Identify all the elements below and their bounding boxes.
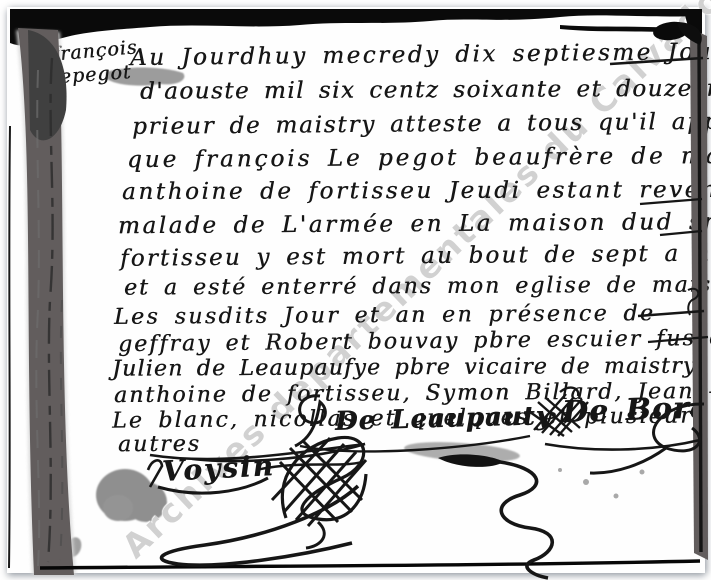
manuscript-line-2: d'aouste mil six centz soixante et douze… — [140, 75, 711, 104]
signature-de-leaupauty: De Leaupauty — [335, 401, 552, 437]
scanned-manuscript-page: Archives departementales du Calvados fra… — [0, 0, 711, 580]
manuscript-line-8: et a esté enterré dans mon eglise de mai… — [124, 272, 711, 300]
manuscript-line-3: prieur de maistry atteste a tous qu'il a… — [132, 108, 711, 140]
manuscript-line-5: anthoine de fortisseu Jeudi estant reven… — [122, 177, 711, 205]
manuscript-line-7: fortisseu y est mort au bout de sept a h… — [120, 240, 711, 272]
manuscript-line-11: Julien de Leaupaufye pbre vicaire de mai… — [112, 353, 711, 381]
manuscript-line-9: Les susdits Jour et an en présence de — [114, 301, 655, 330]
manuscript-line-4: que françois Le pegot beaufrère de marc — [127, 143, 711, 173]
signature-voysin: Voysin — [161, 449, 275, 488]
manuscript-line-6: malade de L'armée en La maison dud sr. d… — [118, 209, 711, 240]
signature-de-borant: De Borant — [561, 389, 711, 430]
